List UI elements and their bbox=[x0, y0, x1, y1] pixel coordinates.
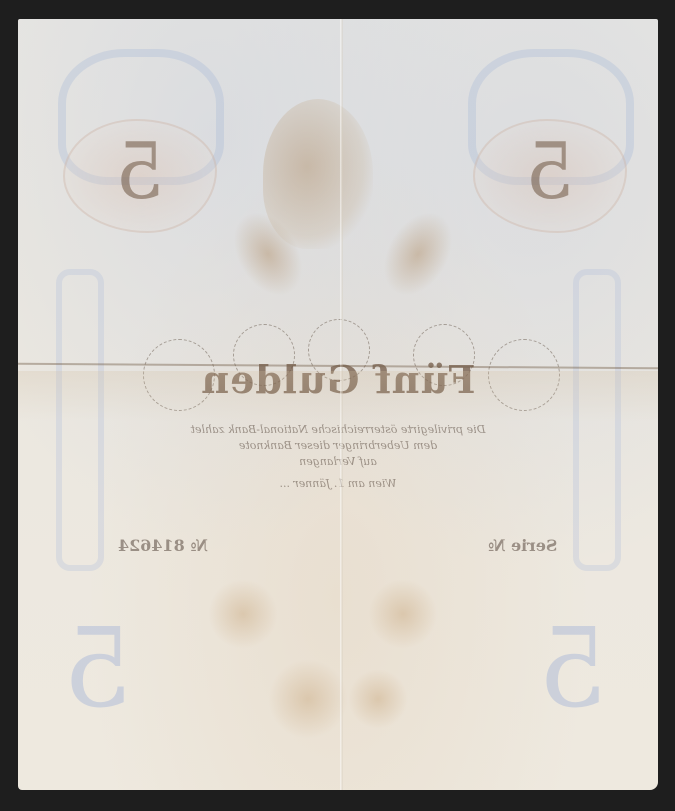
fold-shadow bbox=[18, 371, 658, 421]
small-print-line: Wien am 1. Jänner ... bbox=[18, 477, 658, 490]
serial-number: № 814624 bbox=[118, 536, 208, 555]
medallion-digit-right: 5 bbox=[475, 127, 625, 217]
banknote-paper: 5 5 Fünf Gulden Die privilegirte österre… bbox=[18, 19, 658, 790]
stain bbox=[208, 579, 278, 649]
stain bbox=[348, 669, 408, 729]
stain bbox=[368, 579, 438, 649]
small-print-line: dem Ueberbringer dieser Banknote bbox=[18, 439, 658, 452]
small-print-line: Die privilegirte österreichische Nationa… bbox=[18, 423, 658, 436]
serie-label: Serie № bbox=[488, 536, 557, 555]
medallion-right: 5 bbox=[473, 119, 627, 233]
stain bbox=[268, 659, 348, 739]
corner-digit-right: 5 bbox=[538, 604, 608, 732]
medallion-left: 5 bbox=[63, 119, 217, 233]
corner-digit-left: 5 bbox=[63, 604, 133, 732]
medallion-digit-left: 5 bbox=[65, 127, 215, 217]
wreath-right bbox=[370, 200, 467, 308]
small-print-line: auf Verlangen bbox=[18, 455, 658, 468]
